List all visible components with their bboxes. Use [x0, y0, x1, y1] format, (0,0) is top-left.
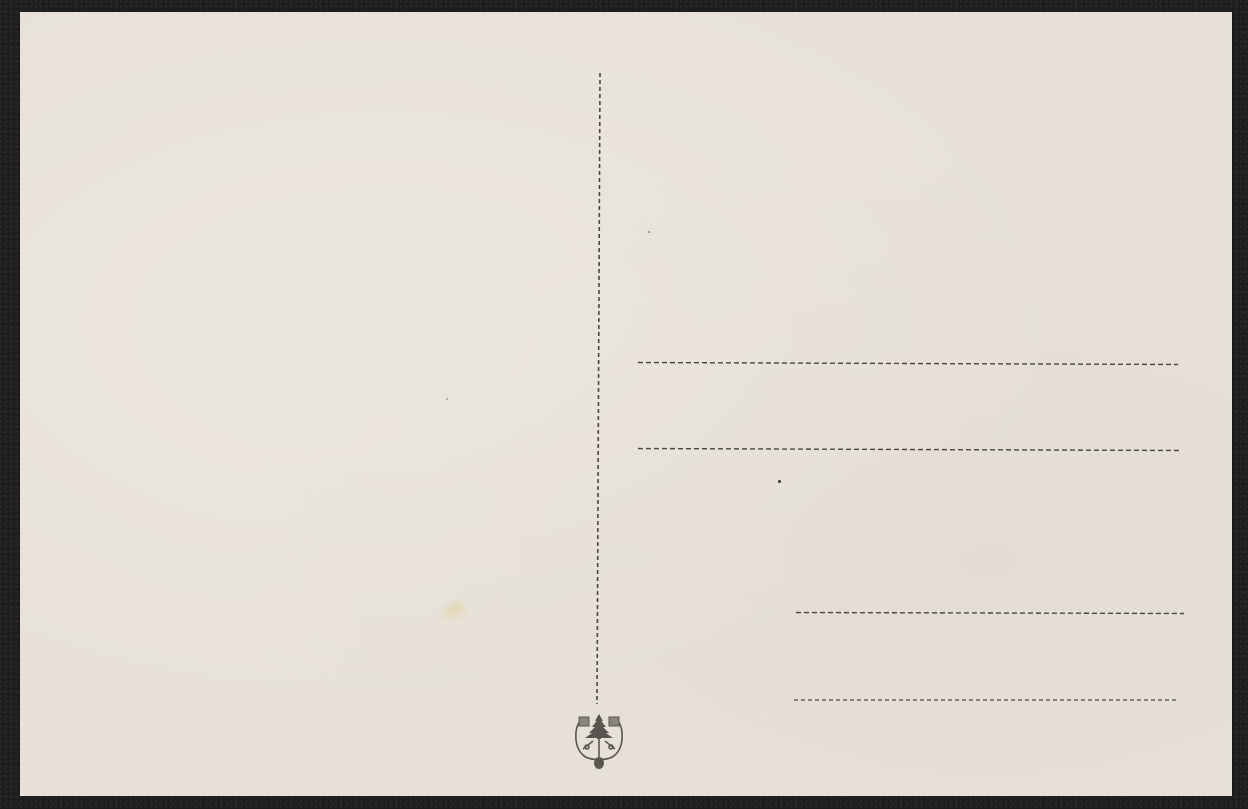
ink-speck [648, 231, 650, 233]
address-line-1 [638, 361, 1178, 364]
center-divider-line [595, 73, 602, 704]
tree-emblem-icon [571, 711, 627, 773]
postcard [20, 12, 1232, 796]
address-line-3 [796, 611, 1184, 614]
ink-speck [778, 480, 781, 483]
ink-speck [446, 398, 448, 400]
address-line-2 [638, 447, 1182, 450]
message-area [20, 12, 21, 13]
paper-stain [435, 596, 472, 630]
address-line-4 [794, 698, 1179, 701]
